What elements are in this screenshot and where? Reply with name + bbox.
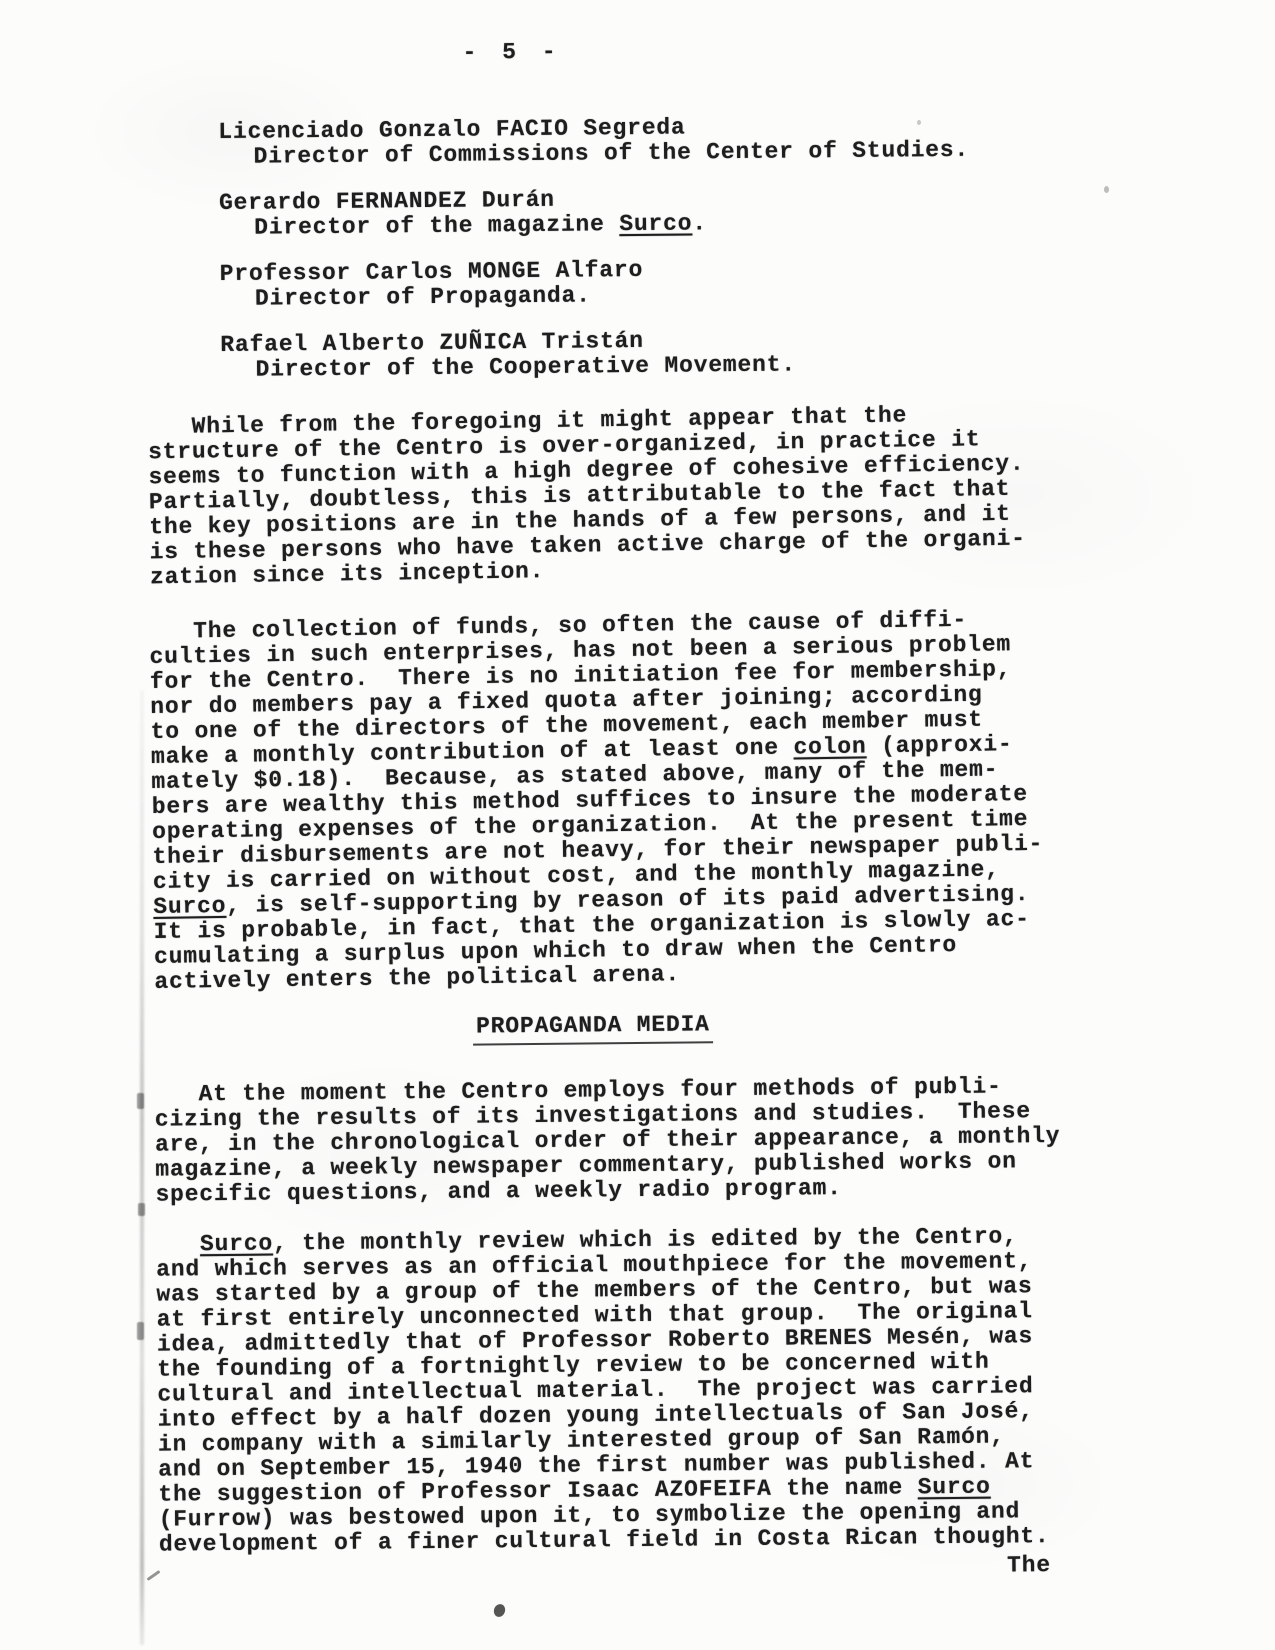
- directory-entry-zuniga: Rafael Alberto ZUÑICA TristánDirector of…: [220, 326, 971, 383]
- page-number: - 5 -: [462, 39, 561, 66]
- paragraph-propaganda-methods: At the moment the Centro employs four me…: [154, 1074, 1061, 1208]
- page-content: - 5 - Licenciado Gonzalo FACIO SegredaDi…: [0, 0, 1275, 1650]
- section-heading: PROPAGANDA MEDIA: [473, 1011, 713, 1045]
- section-heading-wrap: PROPAGANDA MEDIA: [154, 1008, 1032, 1048]
- directorate-list: Licenciado Gonzalo FACIO SegredaDirector…: [218, 113, 971, 404]
- paragraph-organization: While from the foregoing it might appear…: [148, 402, 1027, 591]
- scanned-document-page: - 5 - Licenciado Gonzalo FACIO SegredaDi…: [0, 0, 1275, 1650]
- paragraph-funds: The collection of funds, so often the ca…: [149, 607, 1045, 995]
- catchword: The: [1007, 1552, 1051, 1578]
- directory-entry-fernandez: Gerardo FERNANDEZ DuránDirector of the m…: [219, 184, 970, 241]
- paragraph-surco-history: Surco, the monthly review which is edite…: [156, 1224, 1050, 1558]
- directory-entry-facio: Licenciado Gonzalo FACIO SegredaDirector…: [218, 113, 969, 170]
- directory-entry-monge: Professor Carlos MONGE AlfaroDirector of…: [220, 255, 971, 312]
